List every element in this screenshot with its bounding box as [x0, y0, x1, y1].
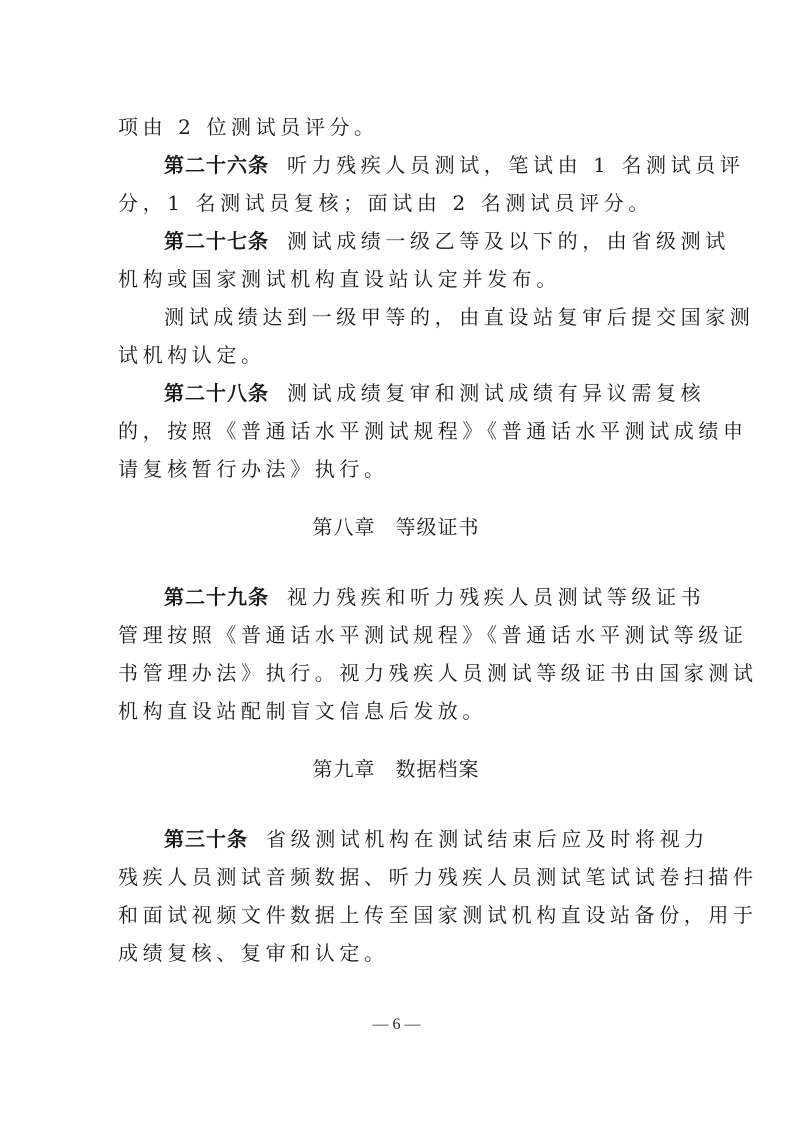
text-line: 听力残疾人员测试，笔试由 1 名测试员评 — [287, 153, 744, 177]
article-27: 第二十七条测试成绩一级乙等及以下的，由省级测试 机构或国家测试机构直设站认定并发… — [118, 222, 674, 298]
article-label: 第二十八条 — [164, 381, 269, 405]
article-29: 第二十九条视力残疾和听力残疾人员测试等级证书 管理按照《普通话水平测试规程》《普… — [118, 578, 674, 730]
text-line: 试机构认定。 — [118, 336, 674, 374]
article-30: 第三十条省级测试机构在测试结束后应及时将视力 残疾人员测试音频数据、听力残疾人员… — [118, 820, 674, 972]
chapter-heading-9: 第九章数据档案 — [118, 750, 674, 788]
chapter-heading-8: 第八章等级证书 — [118, 508, 674, 546]
text-line: 和面试视频文件数据上传至国家测试机构直设站备份，用于 — [118, 896, 674, 934]
text-line: 书管理办法》执行。视力残疾人员测试等级证书由国家测试 — [118, 654, 674, 692]
text-line: 视力残疾和听力残疾人员测试等级证书 — [287, 585, 705, 609]
text-line: 残疾人员测试音频数据、听力残疾人员测试笔试试卷扫描件 — [118, 858, 674, 896]
text-line: 测试成绩一级乙等及以下的，由省级测试 — [287, 229, 730, 253]
text-line: 的，按照《普通话水平测试规程》《普通话水平测试成绩申 — [118, 412, 674, 450]
chapter-number: 第八章 — [313, 515, 376, 539]
text-line: 机构直设站配制盲文信息后发放。 — [118, 692, 674, 730]
document-page: 项由 2 位测试员评分。 第二十六条听力残疾人员测试，笔试由 1 名测试员评 分… — [118, 108, 674, 972]
text-line: 管理按照《普通话水平测试规程》《普通话水平测试等级证 — [118, 616, 674, 654]
paragraph-grade-1a: 测试成绩达到一级甲等的，由直设站复审后提交国家测 试机构认定。 — [118, 298, 674, 374]
text-line: 省级测试机构在测试结束后应及时将视力 — [266, 827, 709, 851]
chapter-title: 等级证书 — [396, 515, 480, 539]
text-line: 分，1 名测试员复核；面试由 2 名测试员评分。 — [118, 184, 674, 222]
text-line: 项由 2 位测试员评分。 — [118, 108, 674, 146]
chapter-number: 第九章 — [313, 757, 376, 781]
article-label: 第三十条 — [164, 827, 248, 851]
paragraph-continuation: 项由 2 位测试员评分。 — [118, 108, 674, 146]
text-line: 请复核暂行办法》执行。 — [118, 450, 674, 488]
article-label: 第二十九条 — [164, 585, 269, 609]
article-26: 第二十六条听力残疾人员测试，笔试由 1 名测试员评 分，1 名测试员复核；面试由… — [118, 146, 674, 222]
text-line: 成绩复核、复审和认定。 — [118, 934, 674, 972]
text-line: 测试成绩复审和测试成绩有异议需复核 — [287, 381, 705, 405]
text-line: 机构或国家测试机构直设站认定并发布。 — [118, 260, 674, 298]
text-line: 测试成绩达到一级甲等的，由直设站复审后提交国家测 — [118, 298, 674, 336]
article-label: 第二十六条 — [164, 153, 269, 177]
article-28: 第二十八条测试成绩复审和测试成绩有异议需复核 的，按照《普通话水平测试规程》《普… — [118, 374, 674, 488]
page-number: — 6 — — [0, 1016, 793, 1034]
chapter-title: 数据档案 — [396, 757, 480, 781]
article-label: 第二十七条 — [164, 229, 269, 253]
